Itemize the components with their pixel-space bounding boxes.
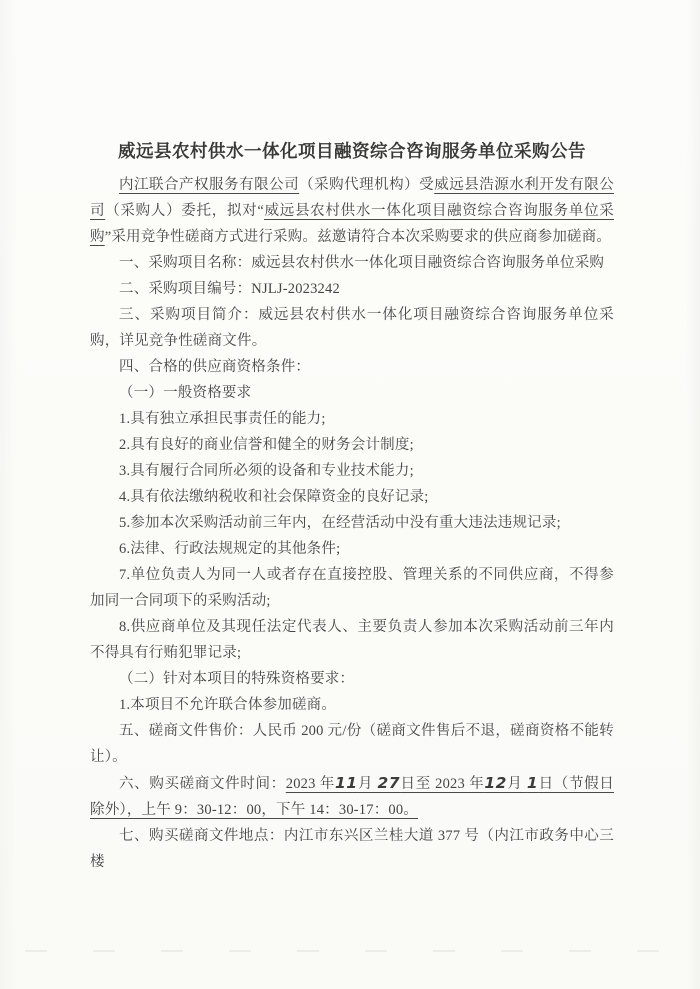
handwritten-number: 12 [484, 774, 507, 792]
document-title: 威远县农村供水一体化项目融资综合咨询服务单位采购公告 [90, 138, 614, 165]
text-segment: 4.具有依法缴纳税收和社会保障资金的良好记录; [119, 489, 429, 505]
paragraph: 8.供应商单位及其现任法定代表人、主要负责人参加本次采购活动前三年内不得具有行贿… [90, 614, 614, 666]
text-segment: 3.具有履行合同所必须的设备和专业技术能力; [119, 463, 414, 479]
paragraph: 二、采购项目编号：NJLJ-2023242 [90, 276, 614, 302]
paragraph: 1.本项目不允许联合体参加磋商。 [90, 692, 614, 718]
text-segment: （一）一般资格要求 [119, 385, 251, 401]
paragraph: 3.具有履行合同所必须的设备和专业技术能力; [90, 458, 614, 484]
paragraph: 六、购买磋商文件时间：2023 年11月 27日至 2023 年12月 1日（节… [90, 770, 614, 823]
text-segment: 日至 2023 年 [400, 776, 484, 792]
text-segment: 2.具有良好的商业信誉和健全的财务会计制度; [119, 437, 414, 453]
text-segment: 1.本项目不允许联合体参加磋商。 [119, 697, 336, 713]
text-segment: 七、购买磋商文件地点：内江市东兴区兰桂大道 377 号（内江市政务中心三楼 [90, 828, 614, 870]
scanned-page: 威远县农村供水一体化项目融资综合咨询服务单位采购公告 内江联合产权服务有限公司（… [0, 0, 700, 989]
handwritten-number: 27 [378, 774, 401, 792]
text-segment: 月 [507, 776, 527, 792]
text-segment: 6.法律、行政法规规定的其他条件; [119, 541, 340, 557]
paragraph: 6.法律、行政法规规定的其他条件; [90, 536, 614, 562]
text-segment: 四、合格的供应商资格条件： [119, 359, 310, 375]
scan-artifact-line [25, 950, 675, 952]
text-segment: 五、磋商文件售价：人民币 200 元/份（磋商文件售后不退，磋商资格不能转让）。 [90, 723, 614, 765]
text-segment: （采购代理机构）受 [299, 177, 434, 193]
paragraph: 4.具有依法缴纳税收和社会保障资金的良好记录; [90, 484, 614, 510]
document-body: 内江联合产权服务有限公司（采购代理机构）受威远县浩源水利开发有限公司（采购人）委… [90, 172, 614, 875]
paragraph: 7.单位负责人为同一人或者存在直接控股、管理关系的不同供应商，不得参加同一合同项… [90, 562, 614, 614]
paragraph: 2.具有良好的商业信誉和健全的财务会计制度; [90, 432, 614, 458]
paragraph: 五、磋商文件售价：人民币 200 元/份（磋商文件售后不退，磋商资格不能转让）。 [90, 718, 614, 770]
paragraph: 一、采购项目名称：威远县农村供水一体化项目融资综合咨询服务单位采购 [90, 250, 614, 276]
text-segment: 7.单位负责人为同一人或者存在直接控股、管理关系的不同供应商，不得参加同一合同项… [90, 567, 614, 609]
text-segment: （二）针对本项目的特殊资格要求： [119, 671, 354, 687]
paragraph: 四、合格的供应商资格条件： [90, 354, 614, 380]
paragraph: （一）一般资格要求 [90, 380, 614, 406]
document-content: 威远县农村供水一体化项目融资综合咨询服务单位采购公告 内江联合产权服务有限公司（… [90, 138, 614, 875]
text-segment: ”采用竞争性磋商方式进行采购。兹邀请符合本次采购要求的供应商参加磋商。 [105, 229, 611, 245]
paragraph: （二）针对本项目的特殊资格要求： [90, 666, 614, 692]
text-segment: 1.具有独立承担民事责任的能力; [119, 411, 326, 427]
paragraph: 内江联合产权服务有限公司（采购代理机构）受威远县浩源水利开发有限公司（采购人）委… [90, 172, 614, 250]
text-segment: 5.参加本次采购活动前三年内，在经营活动中没有重大违法违规记录; [119, 515, 561, 531]
paragraph: 5.参加本次采购活动前三年内，在经营活动中没有重大违法违规记录; [90, 510, 614, 536]
text-segment: 月 [358, 776, 378, 792]
paragraph: 三、采购项目简介：威远县农村供水一体化项目融资综合咨询服务单位采购，详见竞争性磋… [90, 302, 614, 354]
text-segment: 内江联合产权服务有限公司 [119, 177, 299, 193]
handwritten-number: 1 [527, 774, 538, 792]
text-segment: （采购人）委托，拟对“ [105, 203, 264, 219]
text-segment: 8.供应商单位及其现任法定代表人、主要负责人参加本次采购活动前三年内不得具有行贿… [90, 619, 614, 661]
text-segment: 一、采购项目名称：威远县农村供水一体化项目融资综合咨询服务单位采购 [119, 255, 604, 271]
text-segment: 二、采购项目编号：NJLJ-2023242 [119, 281, 340, 297]
text-segment: 2023 年 [286, 776, 335, 792]
text-segment: 六、购买磋商文件时间： [119, 776, 286, 792]
paragraph: 七、购买磋商文件地点：内江市东兴区兰桂大道 377 号（内江市政务中心三楼 [90, 823, 614, 875]
handwritten-number: 11 [335, 774, 358, 792]
text-segment: 三、采购项目简介：威远县农村供水一体化项目融资综合咨询服务单位采购，详见竞争性磋… [90, 307, 614, 349]
paragraph: 1.具有独立承担民事责任的能力; [90, 406, 614, 432]
